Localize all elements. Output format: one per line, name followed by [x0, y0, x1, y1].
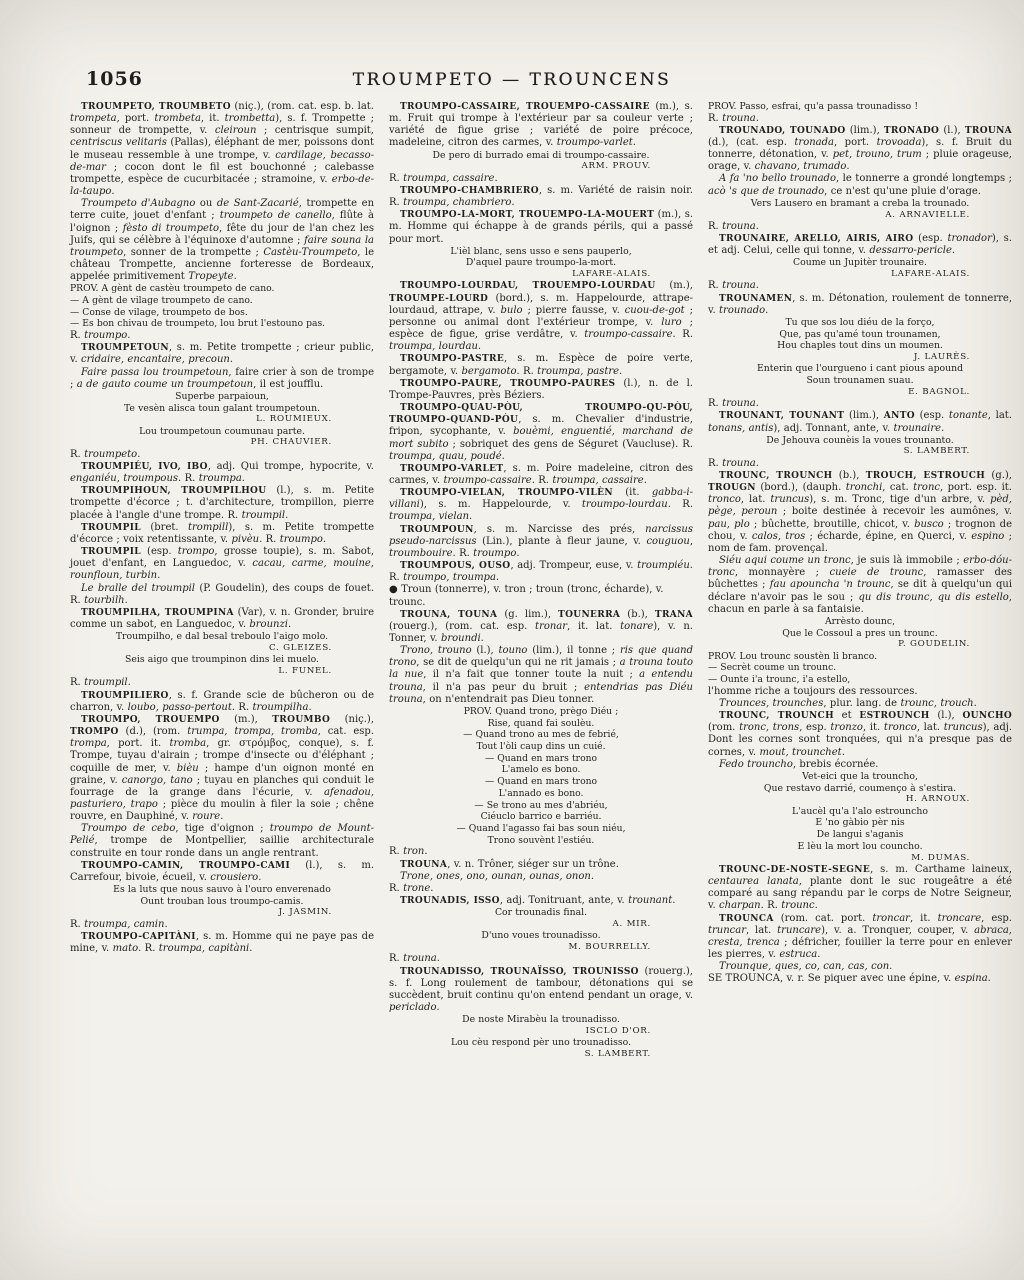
text-block-attr: S. LAMBERT. — [708, 446, 1012, 457]
text-block-ref: R. trouna. — [708, 458, 1012, 470]
text-block-provv: — Quand en mars tronoL'amelo es bono. — [389, 753, 693, 776]
text-block-verse: L'aucèl qu'a l'alo estrounchoE 'no gàbio… — [708, 806, 1012, 853]
text-block-attr: C. GLEIZES. — [70, 643, 374, 654]
text-block-ref: R. troumpa, camin. — [70, 919, 374, 931]
text-block-provv: — Quand en mars tronoL'annado es bono. — [389, 776, 693, 799]
text-block-provv: — Quand trono au mes de febrié,Tout l'òl… — [389, 729, 693, 752]
text-block-provv: — Quand l'agasso fai bas soun niéu,Trono… — [389, 823, 693, 846]
running-head: TROUMPETO — TROUNCENS — [0, 70, 1024, 90]
text-block-prov: — Es bon chivau de troumpeto, lou brut l… — [70, 318, 374, 330]
text-block-attr: A. ARNAVIELLE. — [708, 210, 1012, 221]
text-block-para: Faire passa lou troumpetoun, faire crier… — [70, 367, 374, 391]
text-block-attr: ISCLO D'OR. — [389, 1026, 693, 1037]
text-block-ref: R. troumpa, cassaire. — [389, 173, 693, 185]
text-block-attr: P. GOUDELIN. — [708, 639, 1012, 650]
text-block-ref: R. trouna. — [389, 953, 693, 965]
text-block-ref: R. trouna. — [708, 280, 1012, 292]
text-block-attr: ARM. PROUV. — [389, 161, 693, 172]
text-block-para: Trone, ones, ono, ounan, ounas, onon. — [389, 871, 693, 883]
text-block-ref: R. troumpo. — [70, 330, 374, 342]
text-block-para: Troumpo de cebo, tige d'oignon ; troumpo… — [70, 823, 374, 859]
text-block-entry: TROUMPO-PAURE, TROUMPO-PAURES (l.), n. d… — [389, 378, 693, 402]
text-block-entry: TROUNAMEN, s. m. Détonation, roulement d… — [708, 293, 1012, 317]
text-block-entry: TROUMPO-PASTRE, s. m. Espèce de poire ve… — [389, 353, 693, 377]
text-block-entry: TROUMPETO, TROUMBETO (niç.), (rom. cat. … — [70, 101, 374, 198]
text-block-ref: R. troumpil. — [70, 677, 374, 689]
text-block-verse: Cor trounadis final. — [389, 907, 693, 919]
text-block-entry: TROUMPILIERO, s. f. Grande scie de bûche… — [70, 690, 374, 714]
text-block-note: l'homme riche a toujours des ressources. — [708, 686, 1012, 698]
text-block-entry: TROUNANT, TOUNANT (lim.), ANTO (esp. ton… — [708, 410, 1012, 434]
text-block-para: Troumpeto d'Aubagno ou de Sant-Zacarié, … — [70, 198, 374, 283]
column-middle: TROUMPO-CASSAIRE, TROUEMPO-CASSAIRE (m.)… — [389, 101, 693, 1060]
text-block-note: SE TROUNCA, v. r. Se piquer avec une épi… — [708, 973, 1012, 985]
text-block-entry: TROUMPIL (bret. trompill), s. m. Petite … — [70, 522, 374, 546]
text-block-attr: S. LAMBERT. — [389, 1049, 693, 1060]
text-block-attr: J. LAURÈS. — [708, 352, 1012, 363]
text-block-verse: De pero di burrado emai di troumpo-cassa… — [389, 150, 693, 162]
text-block-prov: — Secrèt coume un trounc. — [708, 662, 1012, 674]
text-block-verse: Seis aigo que troumpinon dins lei muelo. — [70, 654, 374, 666]
text-block-verse: Vers Lausero en bramant a creba la troun… — [708, 198, 1012, 210]
text-block-verse: D'uno voues trounadisso. — [389, 930, 693, 942]
column-left: TROUMPETO, TROUMBETO (niç.), (rom. cat. … — [70, 101, 374, 1060]
text-block-entry: TROUMPIL (esp. trompo, grosse toupie), s… — [70, 546, 374, 582]
text-block-provv: — Se trono au mes d'abriéu,Ciéuclo barri… — [389, 800, 693, 823]
text-block-para: A fa 'no bello trounado, le tonnerre a g… — [708, 173, 1012, 197]
text-block-attr: L. FUNEL. — [70, 666, 374, 677]
text-block-entry: TROUMPO-VIELAN, TROUMPO-VILÈN (it. gabba… — [389, 487, 693, 523]
text-block-entry: TROUNADO, TOUNADO (lim.), TRONADO (l.), … — [708, 125, 1012, 174]
text-block-para: Trounces, trounches, plur. lang. de trou… — [708, 698, 1012, 710]
text-block-para: Siéu aqui coume un tronc, je suis là imm… — [708, 555, 1012, 616]
text-block-ref: R. troumpeto. — [70, 449, 374, 461]
text-block-entry: TROUMPOUN, s. m. Narcisse des prés, narc… — [389, 524, 693, 560]
text-block-ref: R. trouna. — [708, 221, 1012, 233]
text-block-attr: H. ARNOUX. — [708, 794, 1012, 805]
text-block-entry: TROUMPO-LA-MORT, TROUEMPO-LA-MOUERT (m.)… — [389, 209, 693, 245]
text-block-attr: J. JASMIN. — [70, 907, 374, 918]
text-block-verse: De Jehouva counèis la voues trounanto. — [708, 435, 1012, 447]
dictionary-page-scan: 1056 TROUMPETO — TROUNCENS TROUMPETO, TR… — [0, 0, 1024, 1280]
text-block-verse: Arrèsto dounc,Que le Cossoul a pres un t… — [708, 616, 1012, 639]
columns-container: TROUMPETO, TROUMBETO (niç.), (rom. cat. … — [70, 101, 1012, 1060]
text-block-note: ● Troun (tonnerre), v. tron ; troun (tro… — [389, 584, 693, 608]
text-block-para: Le bralle del troumpil (P. Goudelin), de… — [70, 583, 374, 607]
text-block-para: Fedo trouncho, brebis écornée. — [708, 759, 1012, 771]
text-block-attr: A. MIR. — [389, 919, 693, 930]
text-block-entry: TROUMPO-CASSAIRE, TROUEMPO-CASSAIRE (m.)… — [389, 101, 693, 150]
text-block-verse: Es la luts que nous sauvo à l'ouro enver… — [70, 884, 374, 907]
text-block-entry: TROUNA, TOUNA (g. lim.), TOUNERRA (b.), … — [389, 609, 693, 645]
text-block-entry: TROUMPILHA, TROUMPINA (Var), v. n. Grond… — [70, 607, 374, 631]
text-block-attr: LAFARE-ALAIS. — [708, 269, 1012, 280]
text-block-verse: Lou cèu respond pèr uno trounadisso. — [389, 1037, 693, 1049]
text-block-entry: TROUMPO-CHAMBRIERO, s. m. Variété de rai… — [389, 185, 693, 209]
text-block-attr: PH. CHAUVIER. — [70, 437, 374, 448]
text-block-entry: TROUMPO-QUAU-PÒU, TROUMPO-QU-PÒU, TROUMP… — [389, 402, 693, 463]
text-block-entry: TROUMPIÉU, IVO, IBO, adj. Qui trompe, hy… — [70, 461, 374, 485]
text-block-entry: TROUMPETOUN, s. m. Petite trompette ; cr… — [70, 342, 374, 366]
text-block-verse: L'ièl blanc, sens usso e sens pauperlo,D… — [389, 246, 693, 269]
text-block-ref: R. trouna. — [708, 113, 1012, 125]
text-block-para: Trono, trouno (l.), touno (lim.), il ton… — [389, 645, 693, 706]
text-block-entry: TROUNA, v. n. Trôner, siéger sur un trôn… — [389, 859, 693, 871]
text-block-verse: Tu que sos lou diéu de la forço,Que, pas… — [708, 317, 1012, 352]
text-block-verse: De noste Mirabèu la trounadisso. — [389, 1014, 693, 1026]
text-block-ref: R. trone. — [389, 883, 693, 895]
text-block-attr: LAFARE-ALAIS. — [389, 269, 693, 280]
text-block-entry: TROUMPO-LOURDAU, TROUEMPO-LOURDAU (m.), … — [389, 280, 693, 353]
text-block-entry: TROUNADISSO, TROUNAÏSSO, TROUNISSO (roue… — [389, 966, 693, 1015]
text-block-entry: TROUNC, TROUNCH (b.), TROUCH, ESTROUCH (… — [708, 470, 1012, 555]
text-block-ref: R. tron. — [389, 846, 693, 858]
text-block-verse: Troumpilho, e dal besal treboulo l'aigo … — [70, 631, 374, 643]
text-block-prov: — Ounte i'a trounc, i'a estello, — [708, 674, 1012, 686]
text-block-attr: M. BOURRELLY. — [389, 942, 693, 953]
text-block-prov: PROV. A gènt de castèu troumpeto de cano… — [70, 283, 374, 295]
text-block-verse: Enterin que l'ourgueno i cant pious apou… — [708, 363, 1012, 386]
text-block-para: Trounque, ques, co, can, cas, con. — [708, 961, 1012, 973]
text-block-entry: TROUMPO-CAPITÀNI, s. m. Homme qui ne pay… — [70, 931, 374, 955]
text-block-entry: TROUNC, TROUNCH et ESTROUNCH (l.), OUNCH… — [708, 710, 1012, 759]
text-block-verse: Superbe parpaioun,Te vesèn alisca toun g… — [70, 391, 374, 414]
text-block-verse: Coume un Jupitèr trounaire. — [708, 257, 1012, 269]
text-block-prov: — A gènt de vilage troumpeto de cano. — [70, 295, 374, 307]
text-block-prov: — Conse de vilage, troumpeto de bos. — [70, 307, 374, 319]
text-block-entry: TROUNC-DE-NOSTE-SEGNE, s. m. Carthame la… — [708, 864, 1012, 913]
text-block-entry: TROUNAIRE, ARELLO, AIRIS, AIRO (esp. tro… — [708, 233, 1012, 257]
text-block-entry: TROUMPO-VARLET, s. m. Poire madeleine, c… — [389, 463, 693, 487]
text-block-entry: TROUNCA (rom. cat. port. troncar, it. tr… — [708, 913, 1012, 962]
text-block-ref: R. trouna. — [708, 398, 1012, 410]
text-block-provv: PROV. Quand trono, prègo Diéu ;Rise, qua… — [389, 706, 693, 729]
text-block-entry: TROUMPIHOUN, TROUMPILHOU (l.), s. m. Pet… — [70, 485, 374, 521]
text-block-entry: TROUNADIS, ISSO, adj. Tonitruant, ante, … — [389, 895, 693, 907]
text-block-attr: E. BAGNOL. — [708, 387, 1012, 398]
text-block-verse: Lou troumpetoun coumunau parte. — [70, 426, 374, 438]
text-block-verse: Vet-eici que la trouncho,Que restavo dar… — [708, 771, 1012, 794]
text-block-prov: PROV. Passo, esfrai, qu'a passa trounadi… — [708, 101, 1012, 113]
column-right: PROV. Passo, esfrai, qu'a passa trounadi… — [708, 101, 1012, 1060]
text-block-entry: TROUMPOUS, OUSO, adj. Trompeur, euse, v.… — [389, 560, 693, 584]
text-block-entry: TROUMPO, TROUEMPO (m.), TROUMBO (niç.), … — [70, 714, 374, 823]
text-block-entry: TROUMPO-CAMIN, TROUMPO-CAMI (l.), s. m. … — [70, 860, 374, 884]
text-block-attr: M. DUMAS. — [708, 853, 1012, 864]
text-block-attr: L. ROUMIEUX. — [70, 414, 374, 425]
text-block-prov: PROV. Lou trounc soustèn li branco. — [708, 651, 1012, 663]
